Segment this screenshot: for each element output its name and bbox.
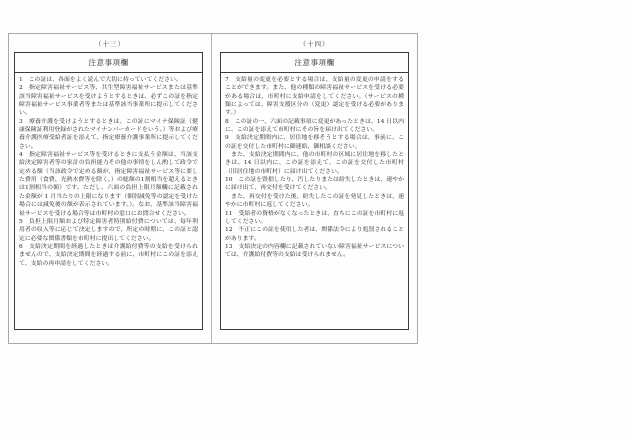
note-item-4: 4 指定障害福祉サービス等を受けるときに支払う金額は、当該支給決定障害者等の家計… — [19, 151, 198, 218]
note-item-9-cont: また、支給決定期間内に、他の市町村の区域に居住地を移したときは、14 日以内に、… — [225, 151, 404, 176]
notes-title: 注意事項欄 — [15, 53, 202, 73]
certificate-sheet: （十三） 注意事項欄 1 この証は、各面をよく読んで大切に持っていてください。 … — [8, 33, 418, 344]
page-14: （十四） 注意事項欄 7 支給量の変更を必要とする場合は、支給量の変更の申請をす… — [212, 34, 417, 343]
page-number-label: （十三） — [9, 39, 211, 48]
note-item-8: 8 この証の一、六面の記載事項に変更があったときは、14 日以内に、この証を添え… — [225, 118, 404, 135]
notes-body: 7 支給量の変更を必要とする場合は、支給量の変更の申請をすることができます。また… — [221, 73, 408, 260]
note-item-10: 10 この証を毀損したり、汚したりまたは紛失したときは、速やかに届け出て、再交付… — [225, 176, 404, 193]
note-item-1: 1 この証は、各面をよく読んで大切に持っていてください。 — [19, 76, 198, 84]
note-item-10-cont: また、再交付を受けた後、紛失したこの証を発見したときは、速やかに市町村に返してく… — [225, 193, 404, 210]
notes-title: 注意事項欄 — [221, 53, 408, 73]
note-item-5: 5 負担上限月額および特定障害者特別給付費については、毎年利用者の収入等に応じて… — [19, 218, 198, 243]
notes-box-right: 注意事項欄 7 支給量の変更を必要とする場合は、支給量の変更の申請をすることがで… — [220, 52, 409, 330]
note-item-13: 13 支給決定の内容欄に記載されていない障害福祉サービスについては、介護給付費等… — [225, 243, 404, 260]
page-number-label: （十四） — [212, 39, 417, 48]
note-item-3: 3 療養介護を受けようとするときは、この証にマイナ保険証（健康保険証利用登録がさ… — [19, 118, 198, 151]
note-item-9: 9 支給決定期間内に、居住地を移そうとする場合は、事前に、この証を交付した市町村… — [225, 134, 404, 151]
notes-body: 1 この証は、各面をよく読んで大切に持っていてください。 2 指定障害福祉サービ… — [15, 73, 202, 268]
page-13: （十三） 注意事項欄 1 この証は、各面をよく読んで大切に持っていてください。 … — [9, 34, 211, 343]
note-item-11: 11 受給者の資格がなくなったときは、直ちにこの証を市町村に返してください。 — [225, 210, 404, 227]
note-item-2: 2 指定障害福祉サービス等、共生型障害福祉サービスまたは基準該当障害福祉サービス… — [19, 84, 198, 117]
note-item-12: 12 不正にこの証を使用した者は、関係法令により処罰されることがあります。 — [225, 226, 404, 243]
note-item-7: 7 支給量の変更を必要とする場合は、支給量の変更の申請をすることができます。また… — [225, 76, 404, 118]
document-canvas: （十三） 注意事項欄 1 この証は、各面をよく読んで大切に持っていてください。 … — [0, 0, 630, 439]
note-item-6: 6 支給決定期間を経過したときは介護給付費等の支給を受けられませんので、支給決定… — [19, 243, 198, 268]
notes-box-left: 注意事項欄 1 この証は、各面をよく読んで大切に持っていてください。 2 指定障… — [14, 52, 203, 330]
